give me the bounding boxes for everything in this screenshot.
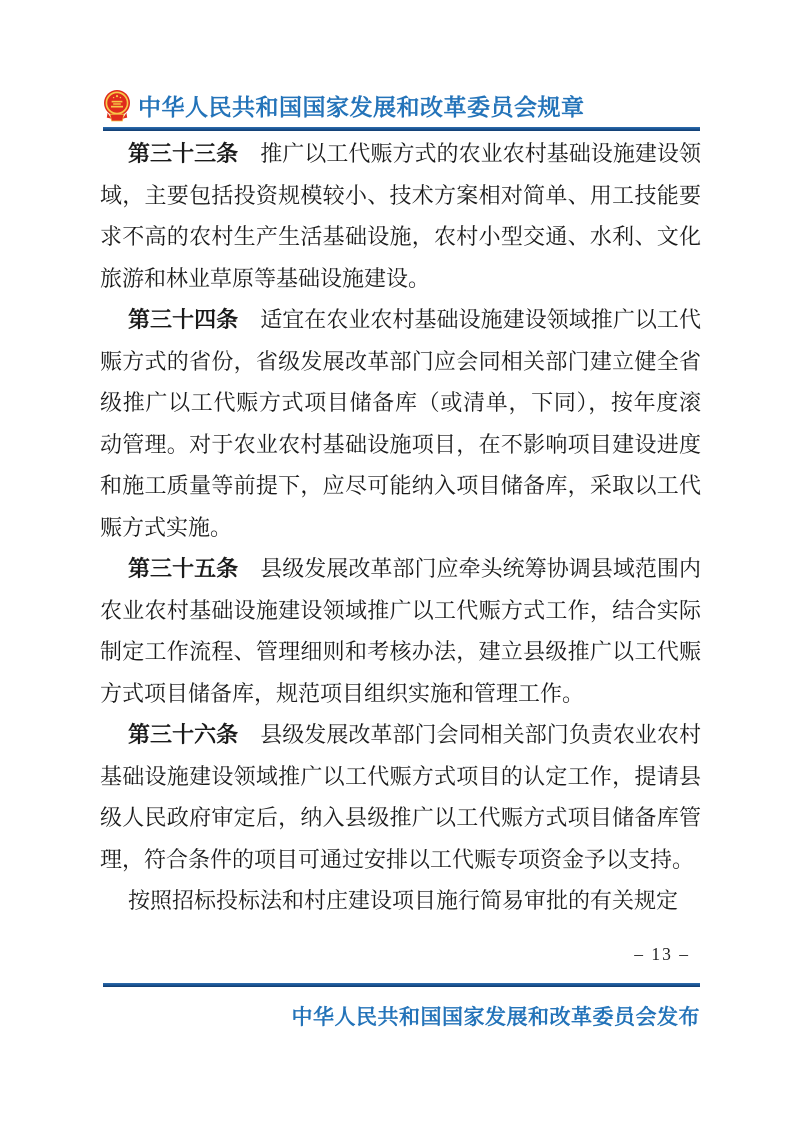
document-body: 第三十三条推广以工代赈方式的农业农村基础设施建设领域，主要包括投资规模较小、技术… — [100, 133, 701, 922]
article-text: 按照招标投标法和村庄建设项目施行简易审批的有关规定 — [128, 888, 678, 913]
footer-rule — [103, 983, 700, 987]
article-text: 适宜在农业农村基础设施建设领域推广以工代赈方式的省份，省级发展改革部门应会同相关… — [100, 307, 701, 540]
china-national-emblem-icon — [103, 88, 131, 125]
article-paragraph-34: 第三十四条适宜在农业农村基础设施建设领域推广以工代赈方式的省份，省级发展改革部门… — [100, 299, 701, 548]
publisher-line: 中华人民共和国国家发展和改革委员会发布 — [100, 1001, 700, 1031]
article-paragraph-35: 第三十五条县级发展改革部门应牵头统筹协调县域范围内农业农村基础设施建设领域推广以… — [100, 548, 701, 714]
article-number: 第三十三条 — [128, 141, 238, 166]
header-title: 中华人民共和国国家发展和改革委员会规章 — [138, 89, 585, 122]
article-number: 第三十四条 — [128, 307, 238, 332]
page-number: – 13 – — [100, 944, 700, 965]
article-paragraph-33: 第三十三条推广以工代赈方式的农业农村基础设施建设领域，主要包括投资规模较小、技术… — [100, 133, 701, 299]
page-header: 中华人民共和国国家发展和改革委员会规章 — [103, 84, 703, 126]
article-number: 第三十五条 — [128, 556, 238, 581]
document-page: 中华人民共和国国家发展和改革委员会规章 第三十三条推广以工代赈方式的农业农村基础… — [0, 0, 793, 1122]
article-paragraph-36: 第三十六条县级发展改革部门会同相关部门负责农业农村基础设施建设领域推广以工代赈方… — [100, 714, 701, 880]
trailing-paragraph: 按照招标投标法和村庄建设项目施行简易审批的有关规定 — [100, 880, 701, 922]
article-number: 第三十六条 — [128, 722, 238, 747]
header-rule — [103, 127, 700, 131]
